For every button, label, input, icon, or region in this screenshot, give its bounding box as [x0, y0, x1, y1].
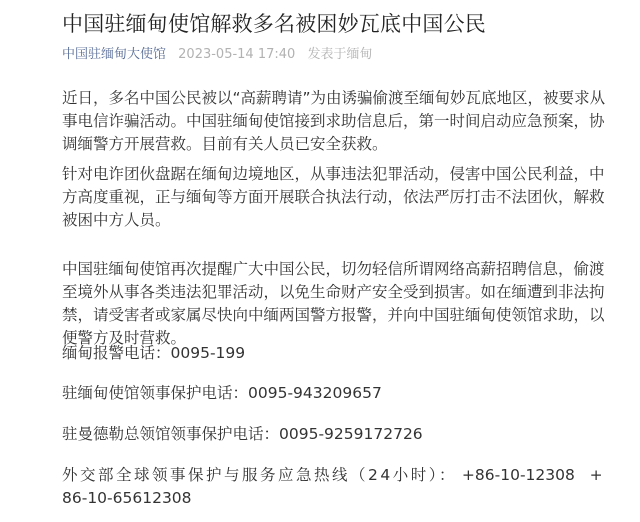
contact-myanmar-police: 缅甸报警电话：0095-199: [62, 342, 610, 365]
publish-location: 发表于缅甸: [307, 47, 372, 62]
hotline-phone-1: +86-10-12308: [462, 466, 575, 484]
contact-label: 驻缅甸使馆领事保护电话：: [62, 384, 248, 402]
paragraph-intro: 近日，多名中国公民被以“高薪聘请”为由诱骗偷渡至缅甸妙瓦底地区，被要求从事电信诈…: [62, 87, 610, 156]
paragraph-reminder: 中国驻缅甸使馆再次提醒广大中国公民，切勿轻信所谓网络高薪招聘信息，偷渡至境外从事…: [62, 258, 610, 350]
contact-embassy: 驻缅甸使馆领事保护电话：0095-943209657: [62, 382, 610, 405]
contact-mandalay-consulate: 驻曼德勒总领馆领事保护电话：0095-9259172726: [62, 423, 610, 446]
hotline-label: 外交部全球领事保护与服务应急热线（24小时）：: [62, 466, 457, 484]
article-meta: 中国驻缅甸大使馆 2023-05-14 17:40 发表于缅甸: [62, 43, 372, 62]
account-name-link[interactable]: 中国驻缅甸大使馆: [62, 47, 166, 62]
contact-label: 缅甸报警电话：: [62, 344, 171, 362]
article-title: 中国驻缅甸使馆解救多名被困妙瓦底中国公民: [62, 8, 486, 38]
contact-label: 驻曼德勒总领馆领事保护电话：: [62, 425, 279, 443]
contact-phone: 0095-943209657: [248, 384, 382, 402]
contact-phone: 0095-199: [171, 344, 246, 362]
contact-mfa-hotline: 外交部全球领事保护与服务应急热线（24小时）： +86-10-12308 +86…: [62, 464, 610, 510]
contact-phone: 0095-9259172726: [279, 425, 423, 443]
publish-time: 2023-05-14 17:40: [178, 47, 295, 62]
paragraph-action: 针对电诈团伙盘踞在缅甸边境地区，从事违法犯罪活动，侵害中国公民利益，中方高度重视…: [62, 163, 610, 232]
